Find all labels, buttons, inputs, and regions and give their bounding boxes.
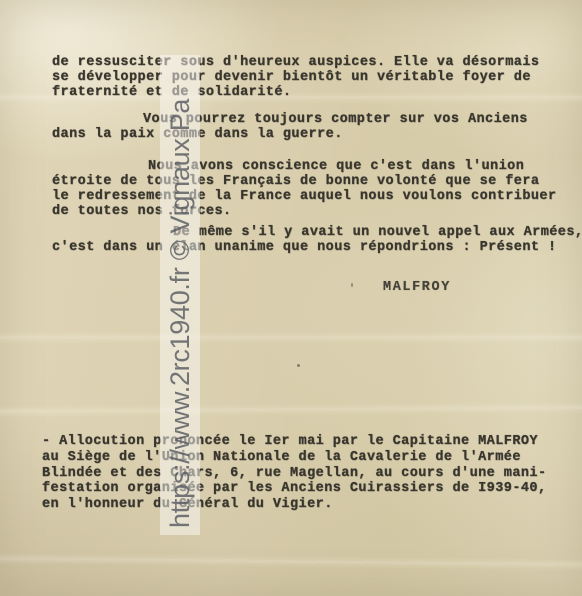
paragraph: Vous pourrez toujours compter sur vos An… xyxy=(52,112,564,142)
text-line: fraternité et de solidarité. xyxy=(52,85,564,100)
text-line: dans la paix comme dans la guerre. xyxy=(52,127,564,142)
paper-speck xyxy=(351,283,353,287)
watermark-band: https://www.2rc1940.fr © Vignaux Pa xyxy=(160,55,200,535)
paper-crease xyxy=(0,336,582,339)
text-line: de ressusciter sous d'heureux auspices. … xyxy=(52,55,564,70)
footnote-line: au Siège de l'Union Nationale de la Cava… xyxy=(42,450,562,466)
paper-crease xyxy=(0,557,582,566)
footnote: - Allocution prononcée le Ier mai par le… xyxy=(42,434,562,513)
footnote-line: festation organisée par les Anciens Cuir… xyxy=(42,481,562,497)
text-line: Vous pourrez toujours compter sur vos An… xyxy=(52,112,564,127)
watermark-text: https://www.2rc1940.fr © Vignaux Pa xyxy=(165,99,195,528)
text-line: c'est dans un élan unanime que nous répo… xyxy=(52,240,564,255)
paper-crease xyxy=(0,406,582,413)
footnote-line: - Allocution prononcée le Ier mai par le… xyxy=(42,434,562,450)
text-line: de toutes nos forces. xyxy=(52,204,564,219)
text-line: étroite de tous les Français de bonne vo… xyxy=(52,174,564,189)
footnote-line: en l'honneur du Général du Vigier. xyxy=(42,497,562,513)
letter-body: de ressusciter sous d'heureux auspices. … xyxy=(52,55,564,255)
paragraph: De même s'il y avait un nouvel appel aux… xyxy=(52,225,564,255)
paragraph: de ressusciter sous d'heureux auspices. … xyxy=(52,55,564,100)
scanned-letter-page: de ressusciter sous d'heureux auspices. … xyxy=(0,0,582,596)
paper-speck xyxy=(297,364,300,367)
footnote-line: Blindée et des Chars, 6, rue Magellan, a… xyxy=(42,466,562,482)
text-line: Nous avons conscience que c'est dans l'u… xyxy=(52,159,564,174)
paragraph: Nous avons conscience que c'est dans l'u… xyxy=(52,159,564,219)
text-line: le redressement de la France auquel nous… xyxy=(52,189,564,204)
text-line: De même s'il y avait un nouvel appel aux… xyxy=(52,225,564,240)
text-line: se développer pour devenir bientôt un vé… xyxy=(52,70,564,85)
signature-malfroy: MALFROY xyxy=(383,280,451,295)
